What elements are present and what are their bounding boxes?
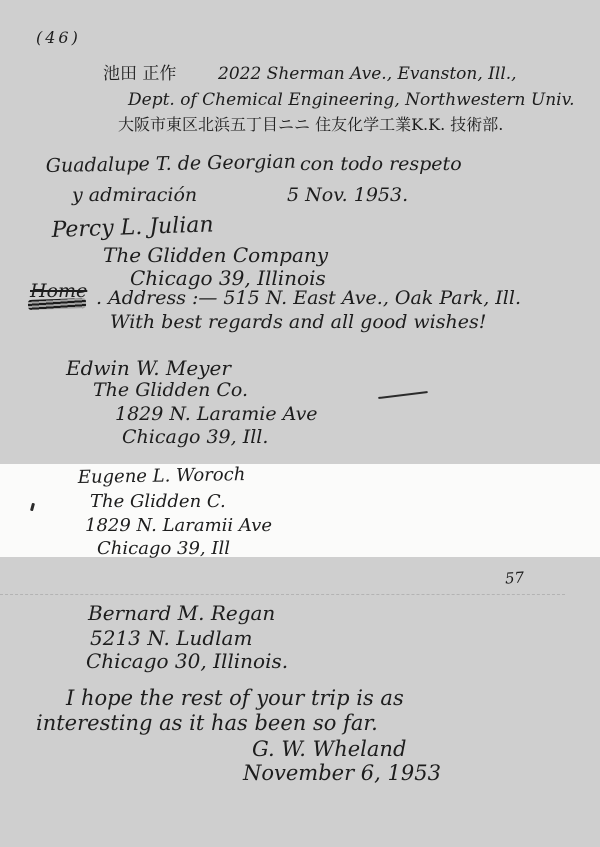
japanese-address-line: 大阪市東区北浜五丁目ニニ 住友化学工業K.K. 技術部. [118,117,503,133]
scanned-autograph-page: (46) 57 池田 正作 2022 Sherman Ave., Evansto… [0,0,600,847]
company-line: The Glidden C. [90,493,226,511]
street-line: 1829 N. Laramie Ave [115,405,318,424]
signature-name: Guadalupe T. de Georgian [46,153,296,176]
signature-name: Eugene L. Woroch [78,466,246,487]
date-text: 5 Nov. 1953. [287,186,408,205]
signature-name: Edwin W. Meyer [66,358,231,378]
street-line: 5213 N. Ludlam [90,628,252,648]
signature-name: Percy L. Julian [51,214,214,242]
address-line: 2022 Sherman Ave., Evanston, Ill., [218,66,517,83]
scan-edge-line [0,594,565,595]
signature-name: Bernard M. Regan [88,603,275,623]
company-line: The Glidden Company [103,245,328,265]
page-number-top: (46) [36,30,81,46]
scribbled-out-word [28,298,86,310]
home-address-line: . Address :— 515 N. East Ave., Oak Park,… [96,289,521,308]
department-line: Dept. of Chemical Engineering, Northwest… [128,92,575,109]
message-line: interesting as it has been so far. [36,713,378,734]
signature-name: G. W. Wheland [252,739,406,760]
page-number-bottom: 57 [505,570,525,586]
city-line: Chicago 39, Ill. [122,428,268,447]
greeting-line: With best regards and all good wishes! [110,313,486,332]
signature-name: 池田 正作 [103,66,176,83]
dedication-text: y admiración [72,186,197,205]
company-line: The Glidden Co. [93,381,248,400]
street-line: 1829 N. Laramii Ave [85,517,272,535]
dedication-text: con todo respeto [300,155,462,174]
city-line: Chicago 39, Ill [97,540,230,558]
city-line: Chicago 30, Illinois. [86,651,288,671]
city-line: Chicago 39, Illinois [130,268,326,288]
date-text: November 6, 1953 [243,763,441,784]
stray-dash-mark [378,391,428,399]
message-line: I hope the rest of your trip is as [66,688,404,709]
